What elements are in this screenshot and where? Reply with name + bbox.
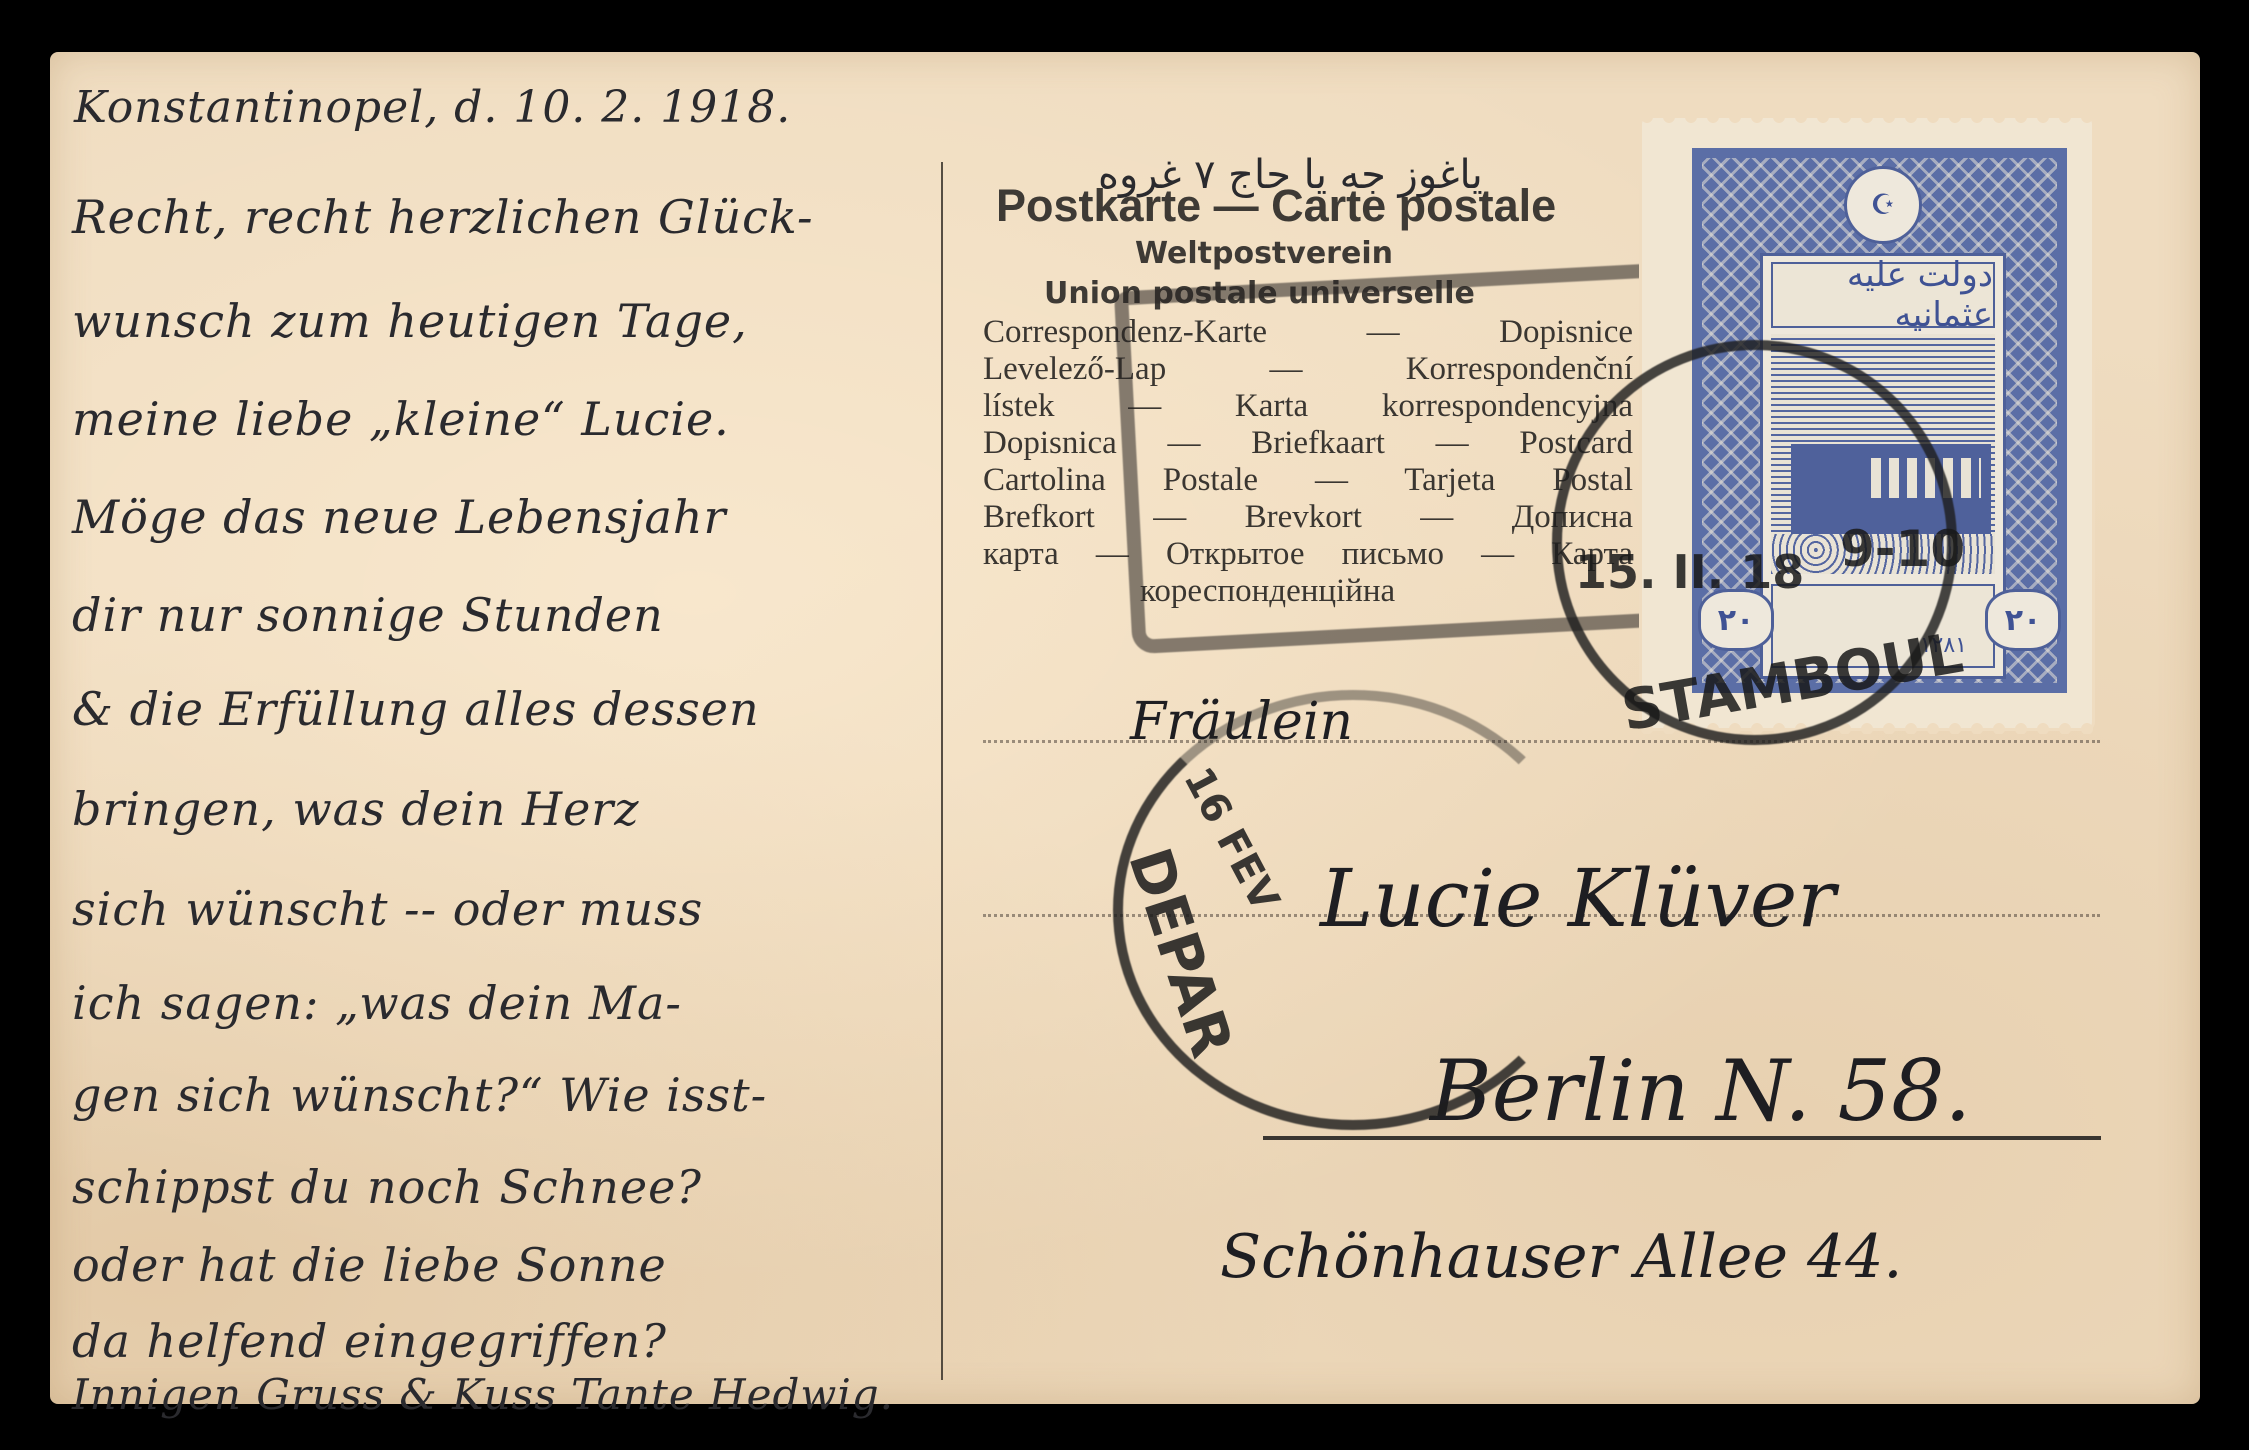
message-line: Recht, recht herzlichen Glück- (72, 190, 814, 244)
address-street: Schönhauser Allee 44. (1220, 1222, 1902, 1292)
message-line: wunsch zum heutigen Tage, (72, 294, 748, 348)
postmark-stambul-date: 15. II. 18 (1575, 545, 1804, 599)
message-line: da helfend eingegriffen? (72, 1314, 667, 1368)
message-dateline: Konstantinopel, d. 10. 2. 1918. (74, 82, 791, 133)
message-line: meine liebe „kleine“ Lucie. (72, 392, 730, 446)
message-line: ich sagen: „was dein Ma- (72, 976, 682, 1030)
message-line: Innigen Gruss & Kuss Tante Hedwig. (72, 1370, 894, 1419)
tughra-icon: ☪ (1844, 166, 1922, 244)
message-line: & die Erfüllung alles dessen (72, 682, 760, 736)
message-line: sich wünscht -- oder muss (72, 882, 703, 936)
message-line: oder hat die liebe Sonne (72, 1238, 667, 1292)
printed-subtitle-upu-de: Weltpostverein (1135, 236, 1393, 271)
message-line: gen sich wünscht?“ Wie isst- (72, 1068, 767, 1122)
message-line: bringen, was dein Herz (72, 782, 640, 836)
card-divider (941, 162, 943, 1380)
message-line: Möge das neue Lebensjahr (72, 490, 726, 544)
printed-title: Postkarte — Carte postale (996, 180, 1556, 232)
postmark-stambul-time: 9-10 (1840, 520, 1965, 578)
message-line: dir nur sonnige Stunden (72, 588, 664, 642)
stamp-title: ﺩﻭﻟﺖ ﻋﻠﻴﻪ ﻋﺜﻤﺎﻧﻴﻪ (1773, 255, 1993, 335)
message-line: schippst du noch Schnee? (72, 1160, 702, 1214)
stamp-title-cartouche: ﺩﻭﻟﺖ ﻋﻠﻴﻪ ﻋﺜﻤﺎﻧﻴﻪ (1771, 262, 1995, 328)
stamp-value-right: ٢٠ (1985, 589, 2061, 651)
